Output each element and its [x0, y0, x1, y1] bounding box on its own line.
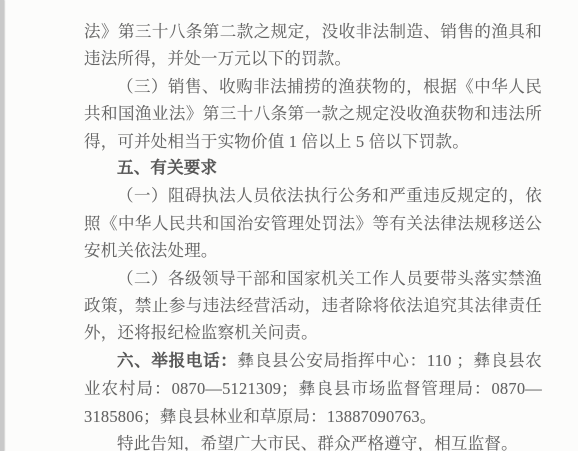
notice-paragraph: （三）销售、收购非法捕捞的渔获物的，根据《中华人民共和国渔业法》第三十八条第一款… [84, 73, 542, 155]
notice-paragraph: 法》第三十八条第二款之规定，没收非法制造、销售的渔具和违法所得，并处一万元以下的… [84, 18, 542, 73]
notice-paragraph: （一）阻碍执法人员依法执行公务和严重违反规定的，依照《中华人民共和国治安管理处罚… [84, 182, 542, 264]
page-edge-shadow [0, 0, 4, 451]
scanned-notice-page: 法》第三十八条第二款之规定，没收非法制造、销售的渔具和违法所得，并处一万元以下的… [0, 0, 578, 451]
notice-paragraph: 六、举报电话：彝良县公安局指挥中心：110 ；彝良县农业农村局：0870—512… [84, 347, 542, 430]
inline-section-heading: 六、举报电话： [117, 352, 238, 370]
section-heading: 五、有关要求 [84, 155, 542, 182]
notice-body: 法》第三十八条第二款之规定，没收非法制造、销售的渔具和违法所得，并处一万元以下的… [84, 18, 542, 451]
notice-paragraph: 特此告知，希望广大市民、群众严格遵守，相互监督。 [84, 430, 542, 451]
notice-paragraph: （二）各级领导干部和国家机关工作人员要带头落实禁渔政策，禁止参与违法经营活动，违… [84, 265, 542, 347]
